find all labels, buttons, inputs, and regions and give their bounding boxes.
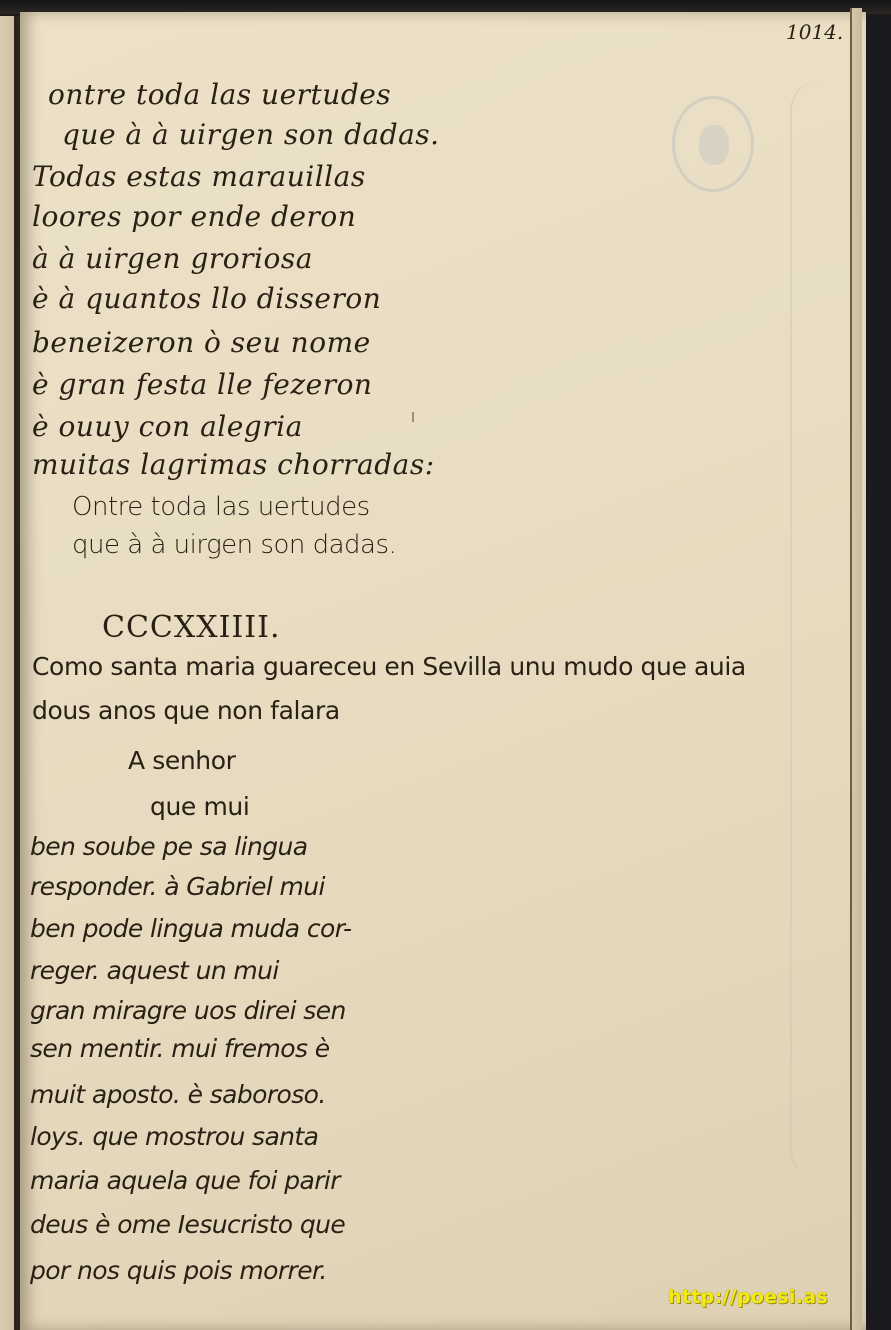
verse-line: à à uirgen groriosa <box>32 242 313 275</box>
refrain-line: que à à uirgen son dadas. <box>72 530 396 560</box>
cantiga-title-line: Como santa maria guareceu en Sevilla unu… <box>32 652 746 681</box>
paper-watermark <box>790 80 852 1180</box>
verse-line: è gran festa lle fezeron <box>32 368 372 401</box>
body-line: reger. aquest un mui <box>30 956 279 985</box>
refrain-line: Ontre toda las uertudes <box>72 492 370 522</box>
verse-line: Todas estas marauillas <box>32 160 366 193</box>
body-line: ben soube pe sa lingua <box>30 832 307 861</box>
body-line: maria aquela que foi parir <box>30 1166 340 1195</box>
body-line: loys. que mostrou santa <box>30 1122 318 1151</box>
cantiga-number: CCCXXIIII. <box>102 610 281 645</box>
facing-page-edge <box>0 16 14 1330</box>
body-line: responder. à Gabriel mui <box>30 872 325 901</box>
folio-number: 1014. <box>786 20 843 44</box>
body-line: por nos quis pois morrer. <box>30 1256 327 1285</box>
body-line: sen mentir. mui fremos è <box>30 1034 330 1063</box>
manuscript-scan: 1014. ontre toda las uertudes que à à ui… <box>0 0 891 1330</box>
margin-mark <box>412 412 414 422</box>
body-line: ben pode lingua muda cor- <box>30 914 351 943</box>
verse-line: ontre toda las uertudes <box>48 78 391 111</box>
body-line: deus è ome Iesucristo que <box>30 1210 345 1239</box>
source-watermark-link[interactable]: http://poesi.as <box>668 1286 828 1308</box>
verse-line: que à à uirgen son dadas. <box>62 118 440 151</box>
verse-line: è à quantos llo disseron <box>32 282 381 315</box>
verse-line: beneizeron ò seu nome <box>32 326 371 359</box>
cantiga-refrain-line: A senhor <box>128 746 236 775</box>
library-seal-stamp-icon <box>672 96 754 192</box>
cantiga-refrain-line: que mui <box>150 792 249 821</box>
verse-line: muitas lagrimas chorradas: <box>32 448 435 481</box>
body-line: gran miragre uos direi sen <box>30 996 346 1025</box>
body-line: muit aposto. è saboroso. <box>30 1080 326 1109</box>
verse-line: loores por ende deron <box>32 200 356 233</box>
verse-line: è ouuy con alegria <box>32 410 303 443</box>
cantiga-title-line: dous anos que non falara <box>32 696 340 725</box>
